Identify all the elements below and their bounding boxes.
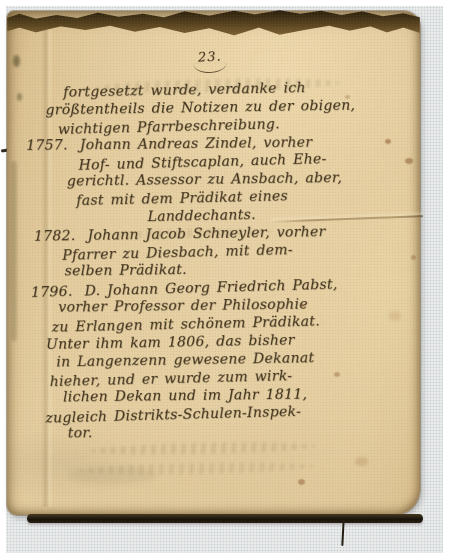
foxing-spot: [334, 372, 340, 377]
entry-year: 1757.: [26, 137, 68, 153]
foxing-spot: [405, 158, 413, 164]
foxing-spot: [389, 311, 401, 321]
page-number-text: 23.: [192, 50, 227, 66]
stain-smudge: [67, 466, 157, 484]
foxing-spot: [298, 479, 305, 485]
foxing-spot: [300, 304, 305, 308]
torn-top-edge: [7, 9, 420, 39]
manuscript-page: 23. fortgesetzt wurde, verdanke ichgrößt…: [7, 11, 420, 515]
book-edge-shadow: [27, 514, 423, 523]
scanned-manuscript-image: 23. fortgesetzt wurde, verdanke ichgrößt…: [0, 0, 449, 560]
line-text: selben Prädikat.: [65, 262, 187, 279]
manuscript-line: tor.: [68, 420, 427, 442]
foxing-spot: [355, 457, 368, 466]
text-block: fortgesetzt wurde, verdanke ichgrößtenth…: [7, 77, 427, 445]
foxing-spot: [411, 255, 416, 260]
ghost-showthrough-text: [91, 441, 316, 457]
entry-year: 1782.: [34, 228, 76, 245]
line-text: Landdechants.: [147, 207, 256, 225]
line-text: tor.: [68, 425, 93, 441]
foxing-spot: [385, 139, 391, 144]
spine-mark: [13, 55, 20, 67]
page-number: 23.: [192, 50, 227, 74]
foxing-spot: [345, 95, 350, 99]
